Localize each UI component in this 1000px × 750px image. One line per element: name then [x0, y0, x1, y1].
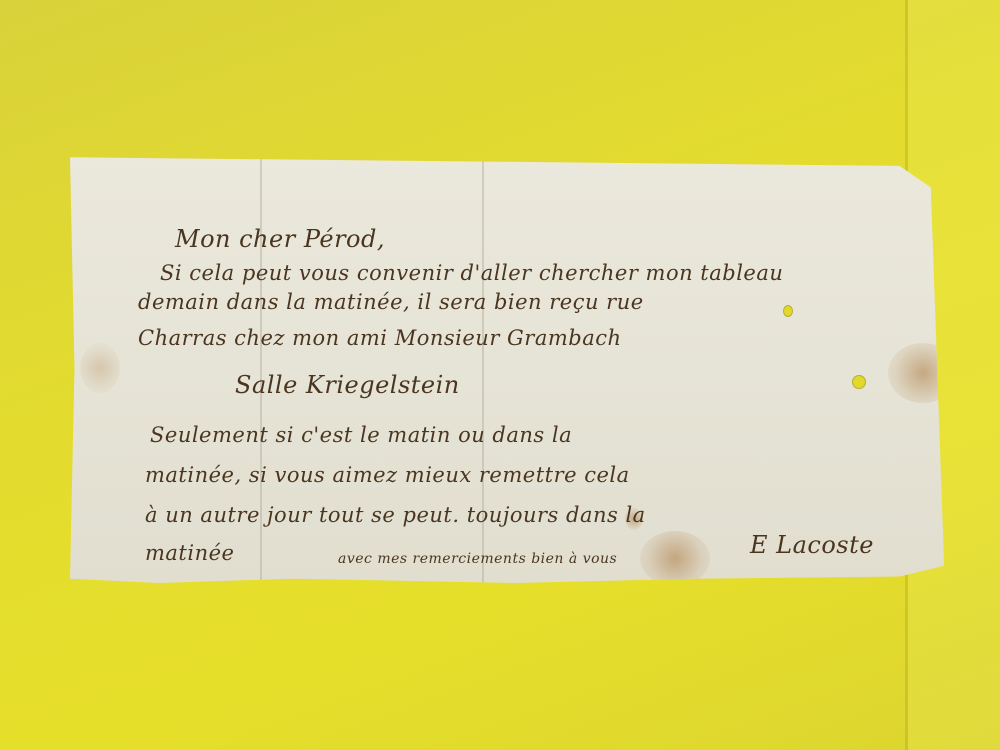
paper-hole — [852, 375, 866, 389]
letter-line-5: Seulement si c'est le matin ou dans la — [150, 423, 572, 447]
letter-signature: E Lacoste — [750, 531, 874, 559]
letter-line-2: demain dans la matinée, il sera bien reç… — [138, 290, 644, 314]
stain-spot — [640, 531, 710, 586]
letter-line-7: à un autre jour tout se peut. toujours d… — [145, 503, 646, 527]
paper-hole — [783, 305, 793, 317]
letter-line-8: matinée — [145, 541, 234, 565]
letter-line-3: Charras chez mon ami Monsieur Grambach — [138, 326, 622, 350]
letter-salutation: Mon cher Pérod, — [175, 225, 385, 253]
letter-line-1: Si cela peut vous convenir d'aller cherc… — [160, 261, 783, 285]
letter-line-6: matinée, si vous aimez mieux remettre ce… — [145, 463, 630, 487]
letter-paper: Mon cher Pérod, Si cela peut vous conven… — [70, 153, 962, 583]
stain-spot — [80, 343, 120, 393]
letter-line-4: Salle Kriegelstein — [235, 371, 460, 399]
letter-closing: avec mes remerciements bien à vous — [338, 551, 617, 567]
